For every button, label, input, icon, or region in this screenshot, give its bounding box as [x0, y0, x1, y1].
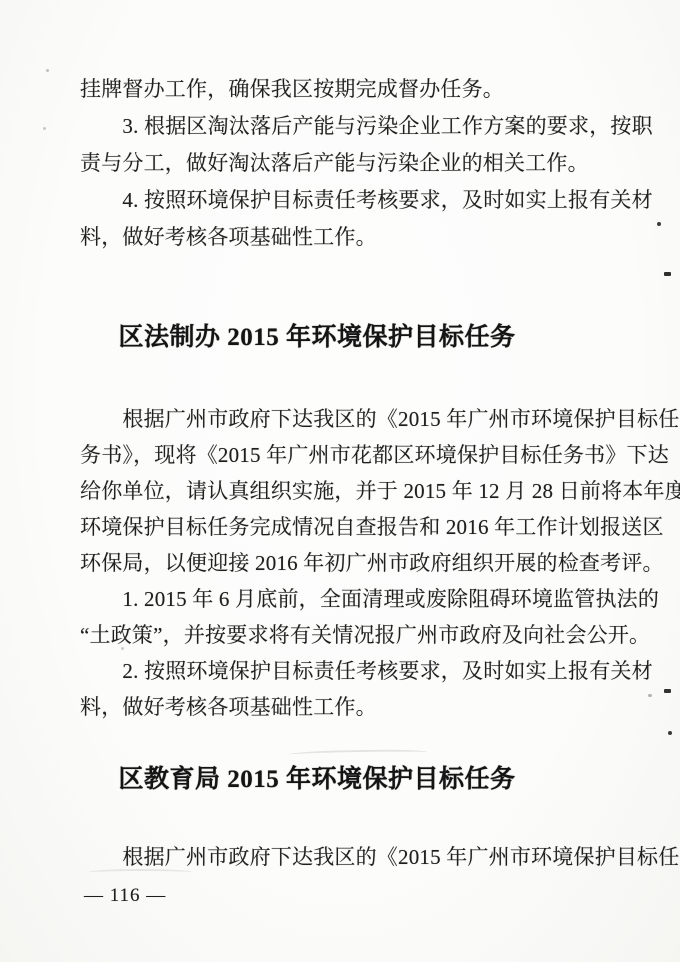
text-line: 根据广州市政府下达我区的《2015 年广州市环境保护目标任	[80, 401, 600, 437]
text-line: 给你单位，请认真组织实施，并于 2015 年 12 月 28 日前将本年度	[80, 473, 600, 509]
paragraph-jiaoyuju: 根据广州市政府下达我区的《2015 年广州市环境保护目标任	[80, 839, 600, 875]
section-title-jiaoyuju: 区教育局 2015 年环境保护目标任务	[61, 763, 573, 797]
paragraph-fazhiban: 根据广州市政府下达我区的《2015 年广州市环境保护目标任务书》，现将《2015…	[80, 401, 600, 725]
text-line: 1. 2015 年 6 月底前，全面清理或废除阻碍环境监管执法的	[80, 581, 600, 617]
text-line: 环境保护目标任务完成情况自查报告和 2016 年工作计划报送区	[80, 509, 600, 545]
text-line: 料，做好考核各项基础性工作。	[80, 219, 600, 256]
scan-artifact-dot	[668, 731, 672, 735]
section-title-fazhiban: 区法制办 2015 年环境保护目标任务	[61, 321, 573, 355]
text-line: 3. 根据区淘汰落后产能与污染企业工作方案的要求，按职	[80, 108, 600, 145]
text-line: 务书》，现将《2015 年广州市花都区环境保护目标任务书》下达	[80, 437, 600, 473]
text-line: 4. 按照环境保护目标责任考核要求，及时如实上报有关材	[80, 182, 600, 219]
page-number: — 116 —	[84, 885, 166, 907]
text-line: “土政策”，并按要求将有关情况报广州市政府及向社会公开。	[80, 617, 600, 653]
scan-artifact-dash	[664, 272, 671, 276]
scan-artifact-speck	[648, 694, 652, 697]
scan-artifact-smudge	[288, 749, 428, 758]
text-line: 挂牌督办工作，确保我区按期完成督办任务。	[80, 71, 600, 108]
text-line: 料，做好考核各项基础性工作。	[80, 689, 600, 725]
scan-artifact-dash	[664, 689, 671, 693]
text-line: 环保局，以便迎接 2016 年初广州市政府组织开展的检查考评。	[80, 545, 600, 581]
scan-artifact-dot	[657, 222, 661, 226]
paragraph-continuation: 挂牌督办工作，确保我区按期完成督办任务。 3. 根据区淘汰落后产能与污染企业工作…	[80, 71, 600, 256]
scan-artifact-speck	[46, 69, 49, 72]
text-line: 根据广州市政府下达我区的《2015 年广州市环境保护目标任	[80, 839, 600, 875]
scanned-document-page: 挂牌督办工作，确保我区按期完成督办任务。 3. 根据区淘汰落后产能与污染企业工作…	[0, 0, 680, 962]
text-line: 2. 按照环境保护目标责任考核要求，及时如实上报有关材	[80, 653, 600, 689]
scan-artifact-speck	[43, 127, 46, 130]
text-line: 责与分工，做好淘汰落后产能与污染企业的相关工作。	[80, 145, 600, 182]
